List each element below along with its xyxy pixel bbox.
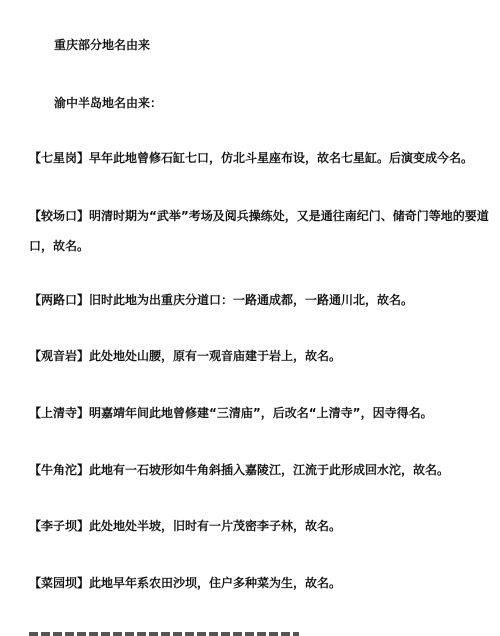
- entry-lianglukou: 【两路口】旧时此地为出重庆分道口：一路通成都，一路通川北，故名。: [29, 293, 413, 307]
- entry-name: 【牛角沱】: [29, 463, 89, 477]
- entry-text: 明清时期为“武举”考场及阅兵操练处，又是通往南纪门、储奇门等地的要道: [89, 209, 489, 223]
- entry-name: 【两路口】: [29, 293, 89, 307]
- document-title: 重庆部分地名由来: [54, 38, 150, 52]
- entry-caiyuanba: 【菜园坝】此地早年系农田沙坝，住户多种菜为生，故名。: [29, 576, 341, 590]
- clipped-next-entry: [29, 632, 299, 636]
- entry-name: 【李子坝】: [29, 519, 89, 533]
- entry-niujiaotuo: 【牛角沱】此地有一石坡形如牛角斜插入嘉陵江，江流于此形成回水沱，故名。: [29, 463, 449, 477]
- entry-name: 【七星岗】: [29, 151, 89, 165]
- entry-text: 早年此地曾修石缸七口，仿北斗星座布设，故名七星缸。后演变成今名。: [89, 151, 473, 165]
- entry-text: 此地有一石坡形如牛角斜插入嘉陵江，江流于此形成回水沱，故名。: [89, 463, 449, 477]
- entry-text: 旧时此地为出重庆分道口：一路通成都，一路通川北，故名。: [89, 293, 413, 307]
- entry-name: 【观音岩】: [29, 349, 89, 363]
- entry-text: 此处地处山腰，原有一观音庙建于岩上，故名。: [89, 349, 341, 363]
- section-heading: 渝中半岛地名由来：: [54, 96, 162, 110]
- entry-qixinggang: 【七星岗】早年此地曾修石缸七口，仿北斗星座布设，故名七星缸。后演变成今名。: [29, 151, 473, 165]
- entry-name: 【上清寺】: [29, 406, 89, 420]
- entry-text: 此地早年系农田沙坝，住户多种菜为生，故名。: [89, 576, 341, 590]
- entry-text: 此处地处半坡，旧时有一片茂密李子林，故名。: [89, 519, 341, 533]
- entry-name: 【菜园坝】: [29, 576, 89, 590]
- entry-text: 明嘉靖年间此地曾修建“三清庙”，后改名“上清寺”，因寺得名。: [89, 406, 433, 420]
- entry-name: 【较场口】: [29, 209, 89, 223]
- entry-liziba: 【李子坝】此处地处半坡，旧时有一片茂密李子林，故名。: [29, 519, 341, 533]
- entry-shangqingsi: 【上清寺】明嘉靖年间此地曾修建“三清庙”，后改名“上清寺”，因寺得名。: [29, 406, 433, 420]
- entry-guanyinyan: 【观音岩】此处地处山腰，原有一观音庙建于岩上，故名。: [29, 349, 341, 363]
- entry-jiaochangkou-continuation: 口，故名。: [29, 239, 89, 253]
- entry-jiaochangkou: 【较场口】明清时期为“武举”考场及阅兵操练处，又是通往南纪门、储奇门等地的要道: [29, 209, 489, 223]
